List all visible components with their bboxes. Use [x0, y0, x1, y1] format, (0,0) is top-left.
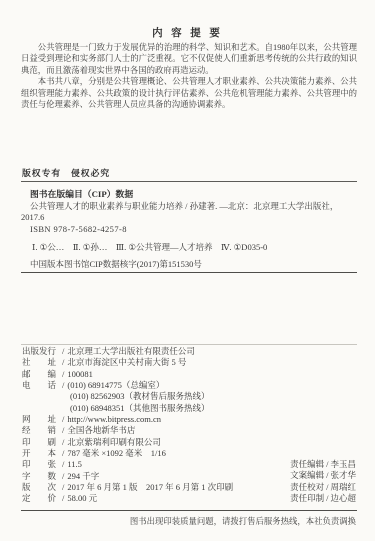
cip-registration-number: 中国版本图书馆CIP数据核字(2017)第151530号: [30, 258, 202, 270]
publication-label: 定 价: [22, 493, 58, 504]
publication-value: http://www.bitpress.com.cn: [67, 414, 161, 424]
staff-value: 边心超: [330, 493, 356, 503]
label-separator: /: [58, 459, 67, 469]
staff-value: 李玉昌: [330, 459, 356, 469]
publication-row-distribution: 经 销/全国各地新华书店: [22, 425, 292, 436]
publication-value: (010) 82562903（教材售后服务热线）: [70, 391, 210, 401]
publication-value: 11.5: [67, 459, 82, 469]
label-separator: /: [58, 346, 67, 356]
publication-label: 印 张: [22, 459, 58, 470]
publication-label: 版 次: [22, 482, 58, 493]
editorial-staff-list: 责任编辑/李玉昌 文案编辑/张才华 责任校对/周瑞红 责任印制/边心超: [290, 459, 356, 504]
publication-label: 出版发行: [22, 346, 58, 357]
staff-value: 张才华: [330, 470, 356, 480]
publication-label: 经 销: [22, 425, 58, 436]
cip-classification: Ⅰ. ①公… Ⅱ. ①孙… Ⅲ. ①公共管理—人才培养 Ⅳ. ①D035-0: [32, 241, 267, 253]
publication-value: 58.00 元: [67, 493, 97, 503]
divider-top: [21, 181, 357, 182]
publication-row-sheets: 印 张/11.5: [22, 459, 292, 470]
publication-row-postcode: 邮 编/100081: [22, 369, 292, 380]
publication-row-price: 定 价/58.00 元: [22, 493, 292, 504]
publication-row-publisher: 出版发行/北京理工大学出版社有限责任公司: [22, 346, 292, 357]
publication-value: 787 毫米 ×1092 毫米 1/16: [67, 448, 166, 458]
label-separator: /: [58, 437, 67, 447]
publication-row-edition: 版 次/2017 年 6 月第 1 版 2017 年 6 月第 1 次印刷: [22, 482, 292, 493]
label-separator: /: [58, 493, 67, 503]
publication-label: 社 址: [22, 357, 58, 368]
label-separator: /: [58, 380, 67, 390]
staff-label: 责任编辑: [290, 459, 324, 469]
publication-value: (010) 68914775（总编室）: [67, 380, 164, 390]
label-separator: /: [58, 425, 67, 435]
publication-value: 294 千字: [67, 471, 99, 481]
staff-row-editor: 责任编辑/李玉昌: [290, 459, 356, 470]
publication-label: 字 数: [22, 471, 58, 482]
publication-row-phone-1: 电 话/(010) 68914775（总编室）: [22, 380, 292, 391]
publication-value: 北京理工大学出版社有限责任公司: [67, 346, 195, 356]
summary-section: 公共管理是一门致力于发展优异的治理的科学、知识和艺术。自1980年以来，公共管理…: [21, 42, 357, 110]
publication-label: 印 刷: [22, 437, 58, 448]
label-separator: /: [58, 357, 67, 367]
publication-row-format: 开 本/787 毫米 ×1092 毫米 1/16: [22, 448, 292, 459]
publication-label: 邮 编: [22, 369, 58, 380]
staff-value: 周瑞红: [330, 482, 356, 492]
label-separator: /: [58, 471, 67, 481]
copyright-page: 内 容 提 要 公共管理是一门致力于发展优异的治理的科学、知识和艺术。自1980…: [0, 0, 375, 541]
publication-value: (010) 68948351（其他图书服务热线）: [70, 403, 210, 413]
publication-value: 北京紫瑞利印刷有限公司: [67, 437, 161, 447]
cip-title-line: 公共管理人才的职业素养与职业能力培养 / 孙建著. —北京：北京理工大学出版社，: [30, 200, 360, 212]
publication-value: 100081: [67, 369, 93, 379]
publication-row-phone-3: (010) 68948351（其他图书服务热线）: [22, 403, 292, 414]
cip-year-line: 2017.6: [21, 212, 44, 222]
publication-label: 开 本: [22, 448, 58, 459]
divider-cip-bottom: [21, 272, 357, 273]
divider-publication-top: [21, 344, 357, 345]
publication-row-wordcount: 字 数/294 千字: [22, 471, 292, 482]
copyright-notice: 版权专有 侵权必究: [22, 166, 110, 179]
publication-row-address: 社 址/北京市海淀区中关村南大街 5 号: [22, 357, 292, 368]
publication-row-website: 网 址/http://www.bitpress.com.cn: [22, 414, 292, 425]
cip-isbn: ISBN 978-7-5682-4257-8: [30, 224, 127, 234]
label-separator: /: [58, 369, 67, 379]
summary-title: 内 容 提 要: [0, 25, 375, 40]
publication-info-list: 出版发行/北京理工大学出版社有限责任公司 社 址/北京市海淀区中关村南大街 5 …: [22, 346, 292, 505]
publication-label: 网 址: [22, 414, 58, 425]
quality-service-note: 图书出现印装质量问题，请拨打售后服务热线，本社负责调换: [130, 515, 356, 527]
publication-value: 北京市海淀区中关村南大街 5 号: [67, 357, 186, 367]
staff-label: 文案编辑: [290, 470, 324, 480]
publication-label: 电 话: [22, 380, 58, 391]
publication-row-phone-2: (010) 82562903（教材售后服务热线）: [22, 391, 292, 402]
staff-label: 责任校对: [290, 482, 324, 492]
label-separator: /: [58, 482, 67, 492]
divider-bottom: [21, 510, 357, 511]
staff-row-proofreader: 责任校对/周瑞红: [290, 482, 356, 493]
cip-heading: 图书在版编目（CIP）数据: [30, 187, 133, 200]
summary-paragraph-1: 公共管理是一门致力于发展优异的治理的科学、知识和艺术。自1980年以来，公共管理…: [21, 42, 357, 76]
staff-row-print-supervisor: 责任印制/边心超: [290, 493, 356, 504]
publication-row-printer: 印 刷/北京紫瑞利印刷有限公司: [22, 437, 292, 448]
label-separator: /: [58, 448, 67, 458]
publication-value: 全国各地新华书店: [67, 425, 135, 435]
staff-label: 责任印制: [290, 493, 324, 503]
staff-row-copy-editor: 文案编辑/张才华: [290, 470, 356, 481]
label-separator: /: [58, 414, 67, 424]
summary-paragraph-2: 本书共八章，分别是公共管理概论、公共管理人才职业素养、公共决策能力素养、公共组织…: [21, 76, 357, 110]
publication-value: 2017 年 6 月第 1 版 2017 年 6 月第 1 次印刷: [67, 482, 233, 492]
